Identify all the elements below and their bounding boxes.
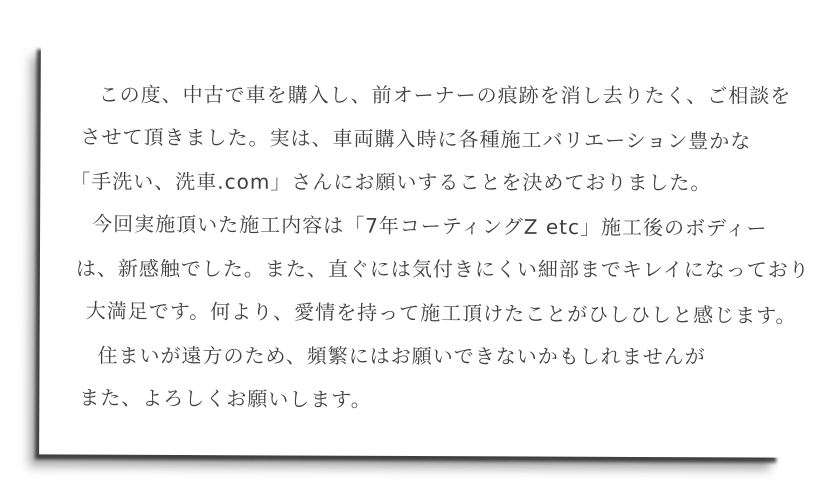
handwritten-line: 住まいが遠方のため、頻繁にはお願いできないかもしれませんが [98, 335, 781, 380]
handwritten-line: この度、中古で車を購入し、前オーナーの痕跡を消し去りたく、ご相談を [99, 74, 782, 119]
handwritten-line: 今回実施頂いた施工内容は「7年コーティングZ etc」施工後のボディー [92, 202, 781, 250]
scan-background: { "note": { "lines": [ "この度、中古で車を購入し、前オー… [0, 0, 825, 502]
handwritten-line: は、新感触でした。また、直ぐには気付きにくい細部までキレイになっており [76, 247, 781, 292]
handwritten-line: また、よろしくお願いします。 [79, 376, 780, 424]
handwritten-line: 「手洗い、洗車.com」さんにお願いすることを決めておりました。 [70, 160, 781, 205]
handwritten-line: 大満足です。何より、愛情を持って施工頂けたことがひしひしと感じます。 [86, 289, 781, 337]
paper-sheet: この度、中古で車を購入し、前オーナーの痕跡を消し去りたく、ご相談を させて頂きま… [39, 44, 782, 457]
handwritten-line: させて頂きました。実は、車両購入時に各種施工バリエーション豊かな [80, 115, 781, 163]
